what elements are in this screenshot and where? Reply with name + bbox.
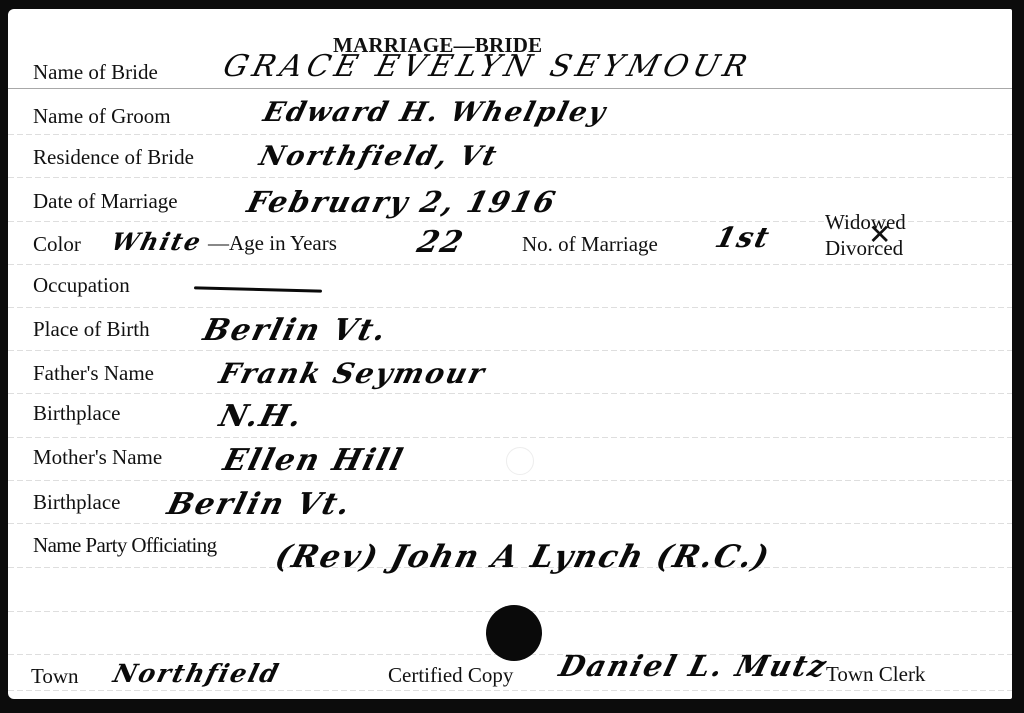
fathers-name-value: Frank Seymour (216, 357, 490, 390)
ruled-line (8, 350, 1012, 351)
name-party-officiating-value: (Rev) John A Lynch (R.C.) (272, 539, 775, 575)
ruled-line (8, 88, 1012, 89)
widowed-label: Widowed (825, 210, 906, 235)
name-party-officiating-label: Name Party Officiating (33, 533, 217, 558)
ruled-line (8, 393, 1012, 394)
seal-hole-mark (486, 605, 542, 661)
ruled-line (8, 523, 1012, 524)
ruled-line (8, 264, 1012, 265)
name-of-bride-label: Name of Bride (33, 60, 158, 85)
fathers-name-label: Father's Name (33, 361, 154, 386)
no-of-marriage-value: 1st (712, 221, 774, 254)
name-of-groom-label: Name of Groom (33, 104, 171, 129)
marriage-record-card: MARRIAGE—BRIDE Name of Bride Grace Evely… (8, 9, 1012, 699)
certified-copy-label: Certified Copy (388, 663, 513, 688)
town-value: Northfield (110, 659, 283, 688)
town-label: Town (31, 664, 79, 689)
ruled-line (8, 690, 1012, 691)
residence-of-bride-label: Residence of Bride (33, 145, 194, 170)
mothers-name-label: Mother's Name (33, 445, 162, 470)
father-birthplace-value: N.H. (216, 399, 307, 434)
ruled-line (8, 134, 1012, 135)
age-in-years-label: —Age in Years (208, 231, 337, 256)
no-of-marriage-label: No. of Marriage (522, 232, 658, 257)
ruled-line (8, 177, 1012, 178)
cross-mark-icon: ✕ (868, 221, 891, 249)
mothers-name-value: Ellen Hill (220, 443, 408, 478)
ruled-line (8, 307, 1012, 308)
occupation-blank-dash (194, 286, 322, 292)
ruled-line (8, 480, 1012, 481)
faint-stamp-mark (506, 447, 534, 475)
ruled-line (8, 437, 1012, 438)
age-in-years-value: 22 (414, 225, 468, 260)
occupation-label: Occupation (33, 273, 130, 298)
town-clerk-label: Town Clerk (826, 662, 925, 687)
color-label: Color (33, 232, 81, 257)
name-of-bride-value: Grace Evelyn Seymour (220, 49, 756, 84)
name-of-groom-value: Edward H. Whelpley (260, 97, 610, 128)
place-of-birth-value: Berlin Vt. (200, 313, 392, 348)
mother-birthplace-value: Berlin Vt. (164, 487, 356, 522)
date-of-marriage-label: Date of Marriage (33, 189, 178, 214)
father-birthplace-label: Birthplace (33, 401, 120, 426)
town-clerk-signature: Daniel L. Mutz (556, 649, 832, 683)
mother-birthplace-label: Birthplace (33, 490, 120, 515)
date-of-marriage-value: February 2, 1916 (244, 185, 561, 219)
residence-of-bride-value: Northfield, Vt (256, 141, 501, 172)
place-of-birth-label: Place of Birth (33, 317, 150, 342)
color-value: White (108, 227, 205, 256)
